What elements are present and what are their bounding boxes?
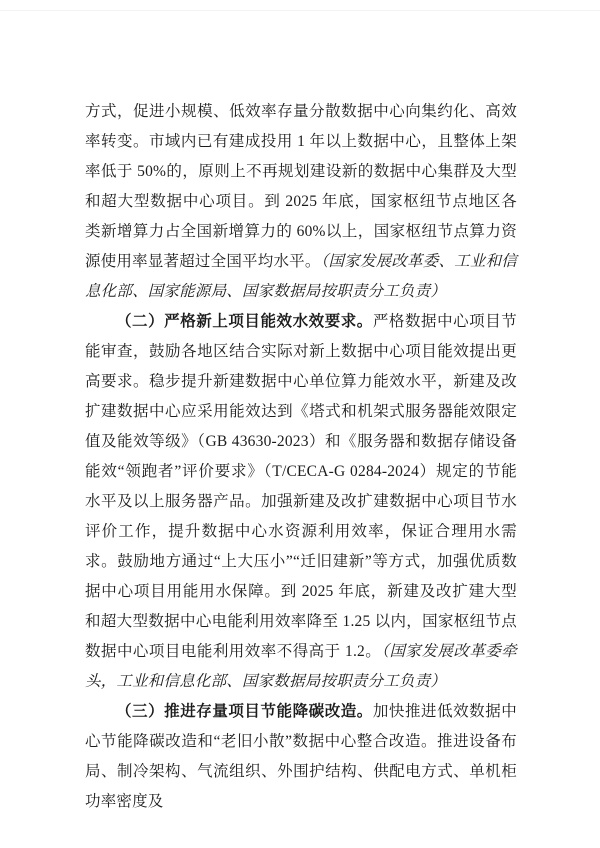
text-run-heading: （二）严格新上项目能效水效要求。 <box>116 313 373 330</box>
paragraph: （二）严格新上项目能效水效要求。严格数据中心项目节能审查，鼓励各地区结合实际对新… <box>85 307 517 697</box>
paragraph: （三）推进存量项目节能降碳改造。加快推进低效数据中心节能降碳改造和“老旧小散”数… <box>85 697 517 817</box>
page-edge-line <box>0 10 600 11</box>
document-text-block: 方式，促进小规模、低效率存量分散数据中心向集约化、高效率转变。市域内已有建成投用… <box>85 97 517 817</box>
paragraph: 方式，促进小规模、低效率存量分散数据中心向集约化、高效率转变。市域内已有建成投用… <box>85 97 517 307</box>
text-run-regular: 方式，促进小规模、低效率存量分散数据中心向集约化、高效率转变。市域内已有建成投用… <box>85 103 517 270</box>
text-run-regular: 严格数据中心项目节能审查，鼓励各地区结合实际对新上数据中心项目能效提出更高要求。… <box>85 313 517 660</box>
text-run-heading: （三）推进存量项目节能降碳改造。 <box>116 703 373 720</box>
document-page: 方式，促进小规模、低效率存量分散数据中心向集约化、高效率转变。市域内已有建成投用… <box>0 0 600 848</box>
